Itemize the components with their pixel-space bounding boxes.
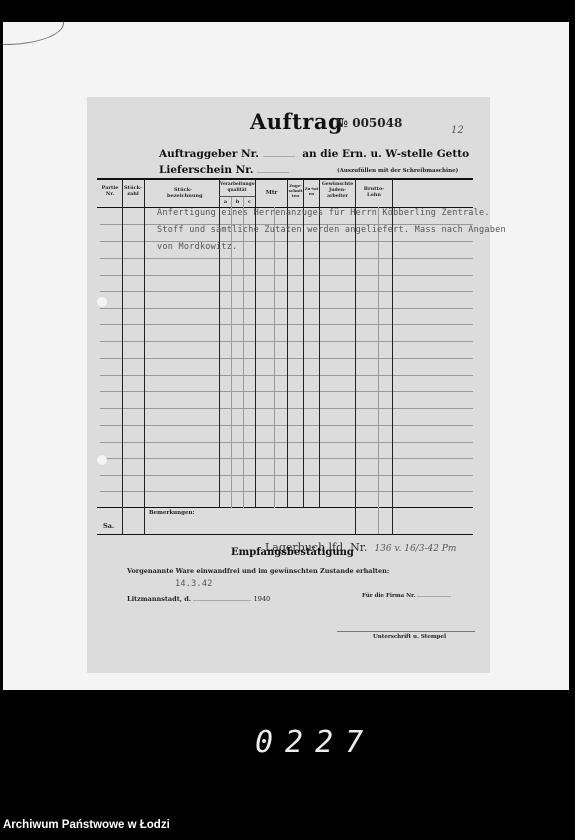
col-divider-mtr xyxy=(274,207,275,508)
col-divider-b-c xyxy=(243,197,244,508)
typed-line-1: Anfertigung eines Herrenanzuges für Herr… xyxy=(157,208,490,218)
destination-text: an die Ern. u. W-stelle Getto xyxy=(302,148,469,160)
quality-subheader-line xyxy=(219,196,255,197)
order-number: № 005048 xyxy=(335,116,402,130)
lagerbuch-handwritten: 136 v. 16/3-42 Pm xyxy=(374,544,456,554)
table-body-bottom xyxy=(97,507,473,508)
receipt-place-line: Litzmannstadt, d. 1940 xyxy=(127,593,270,603)
col-header-zugeschnitten: Zuge-schnitten xyxy=(288,183,303,198)
archive-name: Archiwum Państwowe w Łodzi xyxy=(3,819,170,831)
col-divider-1 xyxy=(122,179,123,535)
typed-line-2: Stoff und sämtliche Zutaten werden angel… xyxy=(157,225,506,235)
film-edge-curve xyxy=(3,22,64,45)
receipt-statement: Vorgenannte Ware einwandfrei und im gewü… xyxy=(127,567,389,575)
col-header-quality: Verarbeitungs-qualität xyxy=(220,182,254,194)
auftraggeber-field[interactable] xyxy=(263,147,295,157)
table-bottom-border xyxy=(97,534,473,535)
col-header-quality-c: c xyxy=(244,199,255,205)
document-title: Auftrag xyxy=(250,109,343,134)
remarks-label: Bemerkungen: xyxy=(149,510,195,516)
firm-line: Für die Firma Nr. xyxy=(362,590,451,599)
col-divider-2 xyxy=(144,179,145,535)
typed-line-3: von Mordkowitz. xyxy=(157,242,238,252)
binding-hole-top xyxy=(97,297,107,307)
receipt-date-field[interactable] xyxy=(193,593,251,601)
lieferschein-field[interactable] xyxy=(257,163,289,173)
document-page: Auftrag № 005048 12 Auftraggeber Nr. an … xyxy=(87,97,490,673)
signature-label: Unterschrift u. Stempel xyxy=(373,634,446,640)
col-divider-lohn xyxy=(378,207,379,534)
film-frame-counter: 0227 xyxy=(255,725,375,760)
col-header-stueckzahl: Stück-zahl xyxy=(123,185,143,197)
lieferschein-label: Lieferschein Nr. xyxy=(159,164,254,176)
col-header-bruttolohn: Brutto-Lohn xyxy=(359,186,389,198)
lieferschein-line: Lieferschein Nr. xyxy=(159,163,289,176)
col-header-mtr: Mtr xyxy=(256,190,287,196)
table-top-border xyxy=(97,178,473,180)
firm-field[interactable] xyxy=(417,590,451,597)
col-header-quality-a: a xyxy=(220,199,231,205)
receipt-year: 1940 xyxy=(254,595,271,603)
margin-handnote: 12 xyxy=(451,125,464,136)
firm-label: Für die Firma Nr. xyxy=(362,593,416,599)
col-header-zutaten: Zu-taten xyxy=(304,186,319,196)
col-header-stueckbezeichnung: Stück-bezeichnung xyxy=(167,187,199,199)
signature-line xyxy=(337,631,475,632)
col-header-partie: Partie Nr. xyxy=(99,185,121,197)
auftraggeber-label: Auftraggeber Nr. xyxy=(159,148,259,160)
binding-hole-bottom xyxy=(97,455,107,465)
sum-label: Sa. xyxy=(103,522,114,530)
receipt-typed-date: 14.3.42 xyxy=(175,579,213,589)
typewriter-note: (Auszufüllen mit der Schreibmaschine) xyxy=(337,168,458,174)
receipt-heading: Empfangsbestätigung xyxy=(231,547,354,558)
auftraggeber-line: Auftraggeber Nr. an die Ern. u. W-stelle… xyxy=(159,147,469,160)
receipt-place-label: Litzmannstadt, d. xyxy=(127,595,191,603)
col-header-quality-b: b xyxy=(232,199,243,205)
col-header-judenarbeiter: Gewünschte Juden-arbeiter xyxy=(320,182,355,200)
